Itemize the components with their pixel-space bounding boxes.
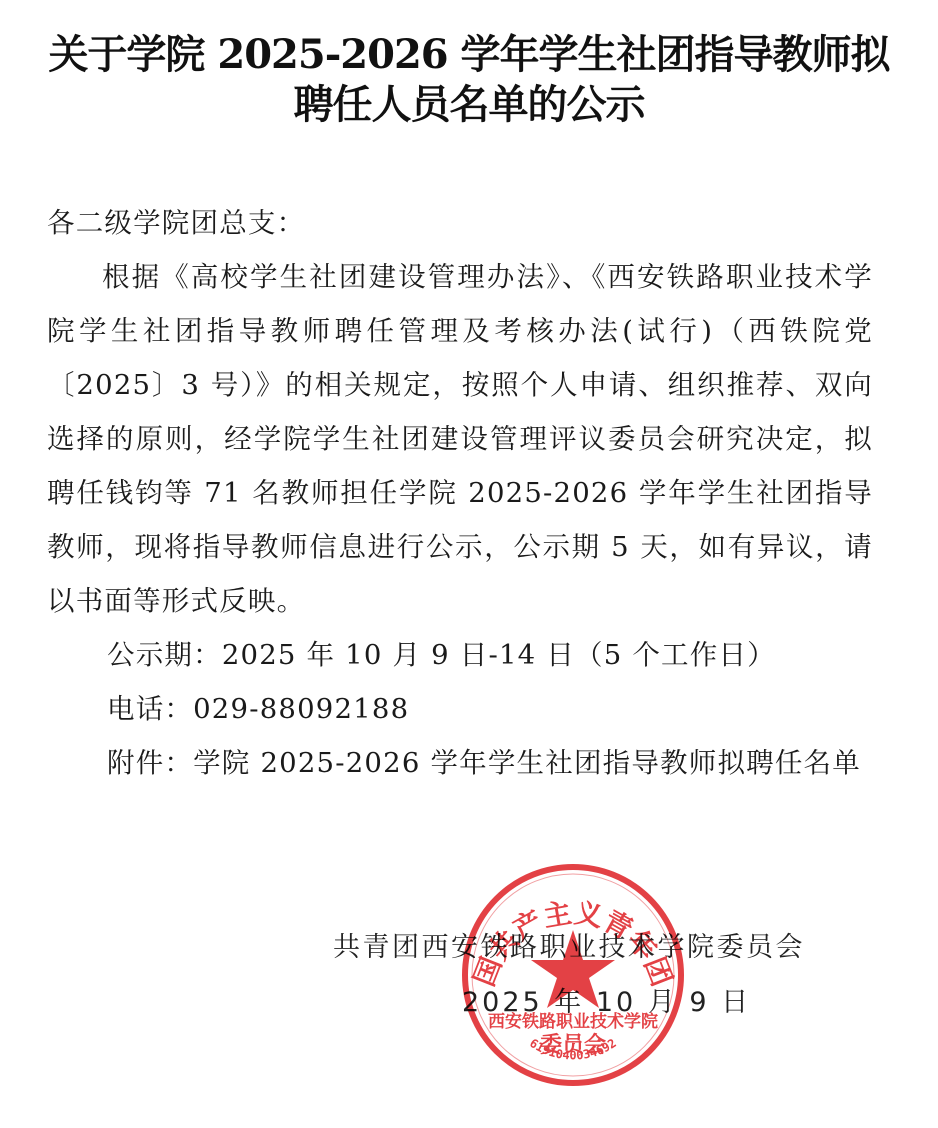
title-line-1: 关于学院 2025-2026 学年学生社团指导教师拟 bbox=[0, 30, 938, 80]
main-paragraph: 根据《高校学生社团建设管理办法》、《西安铁路职业技术学院学生社团指导教师聘任管理… bbox=[47, 250, 873, 628]
official-seal: 国共产主义青年团 西安铁路职业技术学院 委员会 6191040034692 bbox=[460, 862, 686, 1088]
document-title: 关于学院 2025-2026 学年学生社团指导教师拟 聘任人员名单的公示 bbox=[0, 30, 938, 130]
publicity-period: 公示期：2025 年 10 月 9 日-14 日（5 个工作日） bbox=[47, 628, 873, 682]
attachment-label: 附件： bbox=[107, 747, 193, 779]
phone-label: 电话： bbox=[107, 693, 193, 725]
document-body: 各二级学院团总支： 根据《高校学生社团建设管理办法》、《西安铁路职业技术学院学生… bbox=[47, 196, 873, 790]
phone: 电话：029-88092188 bbox=[47, 682, 873, 736]
attachment-link[interactable]: 学院 2025-2026 学年学生社团指导教师拟聘任名单 bbox=[193, 747, 861, 779]
attachment: 附件：学院 2025-2026 学年学生社团指导教师拟聘任名单 bbox=[47, 736, 873, 790]
publicity-period-value: 2025 年 10 月 9 日-14 日（5 个工作日） bbox=[222, 639, 776, 671]
title-line-2: 聘任人员名单的公示 bbox=[0, 80, 938, 130]
phone-value: 029-88092188 bbox=[193, 693, 409, 725]
publicity-period-label: 公示期： bbox=[107, 639, 222, 671]
seal-center-text-1: 西安铁路职业技术学院 bbox=[488, 1011, 658, 1032]
star-icon bbox=[531, 930, 615, 1008]
salutation: 各二级学院团总支： bbox=[47, 196, 873, 250]
